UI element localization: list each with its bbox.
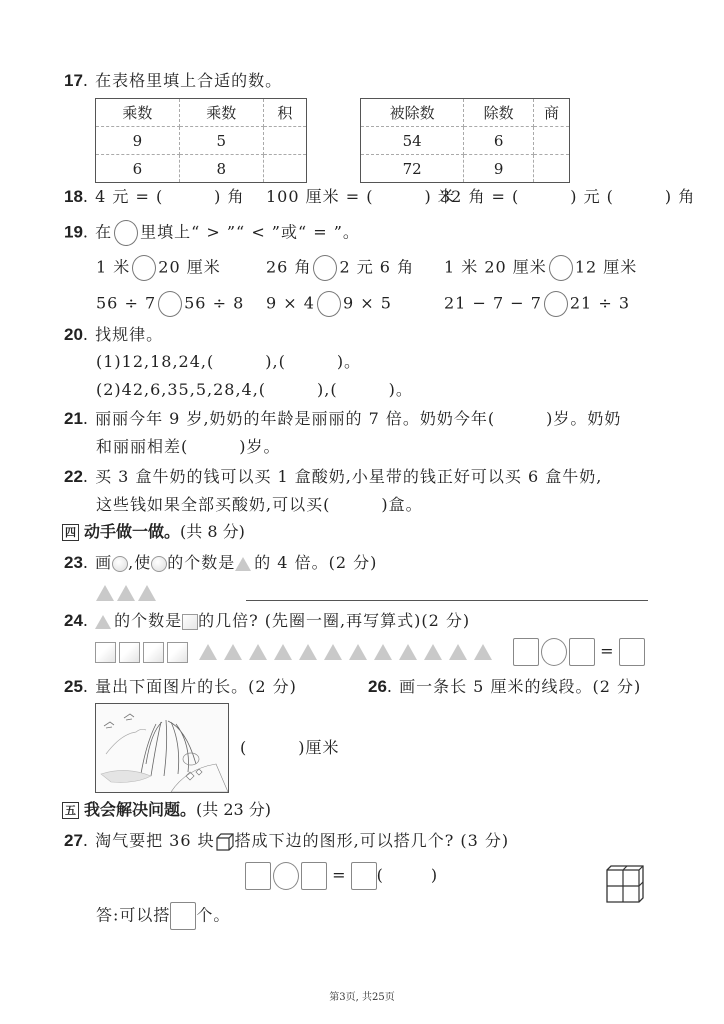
pattern-1: (1)12,18,24,( ),( )。 [96,351,361,373]
triangle-icon [474,644,492,660]
triangle-icon [349,644,367,660]
triangle-icon [424,644,442,660]
question-20: 20. 找规律。 [64,324,163,346]
square-icon [143,642,164,663]
header-cell: 乘数 [179,99,263,127]
question-text: ,使 [128,553,151,572]
compare-answer-circle[interactable] [317,291,341,317]
question-number: 26 [368,677,387,696]
operand-box[interactable] [301,862,327,890]
compare-right: 21 ÷ 3 [570,294,630,313]
table-cell: 6 [464,127,534,155]
operand-box[interactable] [513,638,539,666]
question-text: 的 4 倍。(2 分) [254,553,377,572]
unit-blank[interactable]: ( ) [377,866,438,885]
triangle-icon [224,644,242,660]
operator-circle[interactable] [273,862,299,890]
triangle-icon [299,644,317,660]
triangle-icon [249,644,267,660]
table-cell: 6 [96,155,180,183]
section-badge: 五 [62,802,79,819]
operand-box[interactable] [569,638,595,666]
compare-answer-circle[interactable] [132,255,156,281]
compare-answer-circle[interactable] [544,291,568,317]
question-text: . 画一条长 5 厘米的线段。(2 分) [387,677,641,696]
question-number: 20 [64,325,83,344]
equals-sign: = [332,866,345,885]
cube-icon [215,832,235,852]
square-icon [167,642,188,663]
question-text: . 买 3 盒牛奶的钱可以买 1 盒酸奶,小星带的钱正好可以买 6 盒牛奶, [83,467,602,486]
square-icon [119,642,140,663]
triangle-icon [449,644,467,660]
triangle-icon [96,585,114,601]
compare-right: 12 厘米 [575,258,637,277]
section-4-header: 四动手做一做。(共 8 分) [62,521,245,543]
question-number: 25 [64,677,83,696]
answer-suffix: 个。 [196,906,230,925]
triangle-icon [399,644,417,660]
triangle-icon [324,644,342,660]
operand-box[interactable] [245,862,271,890]
triangle-group-12[interactable] [199,641,495,660]
header-cell: 被除数 [361,99,464,127]
cube-stack-figure [605,864,645,904]
question-26: 26. 画一条长 5 厘米的线段。(2 分) [368,676,641,698]
compare-left: 1 米 20 厘米 [444,258,547,277]
table-cell: 8 [179,155,263,183]
compare-answer-circle[interactable] [158,291,182,317]
question-18: 18. 4 元 = ( ) 角 [64,186,245,208]
section-title: 我会解决问题。 [84,800,196,819]
answer-cell[interactable] [263,127,306,155]
compare-left: 9 × 4 [266,294,315,313]
question-text: . 在表格里填上合适的数。 [83,71,282,90]
equation-24: = [513,638,645,666]
answer-cell[interactable] [534,127,570,155]
answer-cell[interactable] [534,155,570,183]
table-cell: 9 [96,127,180,155]
circle-icon [112,556,128,572]
question-number: 18 [64,187,83,206]
answer-prefix: 答:可以搭 [96,906,170,925]
triangle-icon [235,557,251,571]
question-number: 23 [64,553,83,572]
drawing-answer-line[interactable] [246,600,648,601]
square-icon [95,642,116,663]
conversion-1: . 4 元 = ( ) 角 [83,187,245,206]
question-text: . 画 [83,553,112,572]
answer-cell[interactable] [263,155,306,183]
question-text: 的个数是 [114,611,182,630]
question-17: 17. 在表格里填上合适的数。 [64,70,282,92]
triangle-group [96,582,159,601]
multiplication-table: 乘数 乘数 积 9 5 6 8 [95,98,307,183]
triangle-icon [199,644,217,660]
question-19: 19. 在里填上“ > ”“ < ”或“ = ”。 [64,220,360,246]
compare-left: 1 米 [96,258,130,277]
section-title: 动手做一做。 [84,522,180,541]
question-text: 搭成下边的图形,可以搭几个? (3 分) [235,831,510,850]
compare-item: 26 角2 元 6 角 [266,255,414,281]
division-table: 被除数 除数 商 54 6 72 9 [360,98,570,183]
compare-item: 1 米20 厘米 [96,255,221,281]
equals-sign: = [600,642,613,661]
question-number: 24 [64,611,83,630]
result-box[interactable] [619,638,645,666]
compare-left: 56 ÷ 7 [96,294,156,313]
header-cell: 积 [263,99,306,127]
question-21: 21. 丽丽今年 9 岁,奶奶的年龄是丽丽的 7 倍。奶奶今年( )岁。奶奶 [64,408,621,430]
question-number: 17 [64,71,83,90]
question-number: 22 [64,467,83,486]
triangle-icon [274,644,292,660]
willow-pond-picture [95,703,229,793]
question-text: 里填上“ > ”“ < ”或“ = ”。 [140,223,360,242]
measure-answer[interactable]: ( )厘米 [240,737,340,759]
question-text: . 丽丽今年 9 岁,奶奶的年龄是丽丽的 7 倍。奶奶今年( )岁。奶奶 [83,409,621,428]
compare-item: 9 × 49 × 5 [266,291,392,317]
circle-icon [151,556,167,572]
section-badge: 四 [62,524,79,541]
triangle-icon [117,585,135,601]
question-number: 27 [64,831,83,850]
compare-circle-icon [114,220,138,246]
compare-item: 1 米 20 厘米12 厘米 [444,255,637,281]
compare-left: 21 − 7 − 7 [444,294,542,313]
question-text-cont: 和丽丽相差( )岁。 [96,436,281,458]
question-text: . 在 [83,223,112,242]
compare-answer-circle[interactable] [313,255,337,281]
section-5-header: 五我会解决问题。(共 23 分) [62,799,271,821]
header-cell: 商 [534,99,570,127]
page-footer: 第3页, 共25页 [0,988,724,1003]
question-24: 24. 的个数是的几倍? (先圈一圈,再写算式)(2 分) [64,610,470,632]
compare-right: 9 × 5 [343,294,392,313]
table-cell: 5 [179,127,263,155]
header-cell: 乘数 [96,99,180,127]
question-text: 的几倍? (先圈一圈,再写算式)(2 分) [198,611,470,630]
question-text: . 淘气要把 36 块 [83,831,215,850]
table-cell: 54 [361,127,464,155]
triangle-icon [374,644,392,660]
conversion-3: 32 角 = ( ) 元 ( ) 角 [440,186,695,208]
question-22: 22. 买 3 盒牛奶的钱可以买 1 盒酸奶,小星带的钱正好可以买 6 盒牛奶, [64,466,602,488]
compare-right: 56 ÷ 8 [184,294,244,313]
triangle-icon [138,585,156,601]
answer-box[interactable] [170,902,196,930]
compare-item: 56 ÷ 756 ÷ 8 [96,291,244,317]
question-25: 25. 量出下面图片的长。(2 分) [64,676,297,698]
compare-right: 20 厘米 [158,258,220,277]
question-text: . 找规律。 [83,325,163,344]
answer-27: 答:可以搭个。 [96,902,230,930]
operator-circle[interactable] [541,638,567,666]
question-number: 19 [64,223,83,242]
square-group [95,642,191,663]
conversion-2: 100 厘米 = ( ) 米 [266,186,455,208]
equation-27: = ( ) [245,862,437,890]
square-icon [182,614,198,630]
triangle-icon [95,615,111,629]
section-points: (共 23 分) [196,800,271,819]
pattern-2: (2)42,6,35,5,28,4,( ),( )。 [96,379,413,401]
question-text: 的个数是 [167,553,235,572]
compare-right: 2 元 6 角 [339,258,414,277]
header-cell: 除数 [464,99,534,127]
question-text-cont: 这些钱如果全部买酸奶,可以买( )盒。 [96,494,423,516]
compare-item: 21 − 7 − 721 ÷ 3 [444,291,630,317]
section-points: (共 8 分) [180,522,245,541]
table-cell: 9 [464,155,534,183]
table-cell: 72 [361,155,464,183]
question-number: 21 [64,409,83,428]
question-text: . 量出下面图片的长。(2 分) [83,677,297,696]
question-23: 23. 画,使的个数是的 4 倍。(2 分) [64,552,377,574]
compare-answer-circle[interactable] [549,255,573,281]
willow-tree-illustration [96,704,228,792]
compare-left: 26 角 [266,258,311,277]
result-box[interactable] [351,862,377,890]
question-27: 27. 淘气要把 36 块搭成下边的图形,可以搭几个? (3 分) [64,830,509,852]
